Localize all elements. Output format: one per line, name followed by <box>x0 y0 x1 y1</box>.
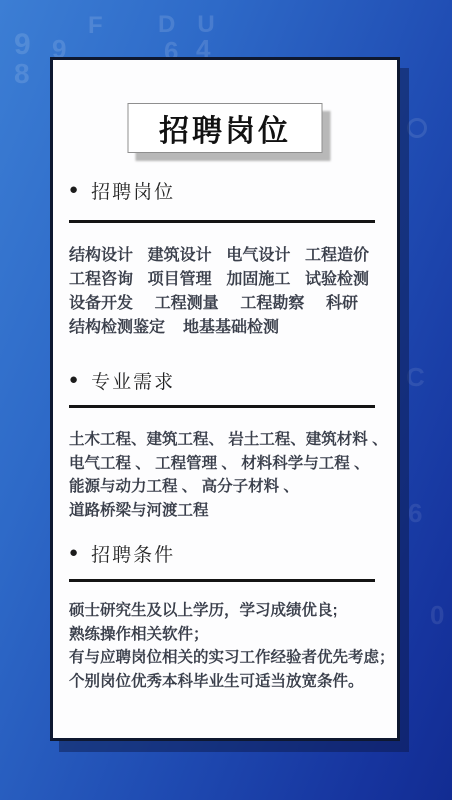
section-heading-label: 招聘岗位 <box>91 177 175 204</box>
position-item: 科研 <box>326 292 358 316</box>
positions-row: 结构设计 建筑设计 电气设计 工程造价 <box>69 244 369 268</box>
section-heading-requirements: ● 招聘条件 <box>69 541 175 565</box>
position-item: 加固施工 <box>226 268 290 292</box>
card-title: 招聘岗位 <box>159 106 291 150</box>
card-title-box: 招聘岗位 <box>128 103 323 153</box>
positions-list: 结构设计 建筑设计 电气设计 工程造价 工程咨询 项目管理 加固施工 试验检测 … <box>69 244 369 340</box>
section-heading-label: 招聘条件 <box>91 540 175 567</box>
position-item: 工程咨询 <box>69 268 133 292</box>
position-item: 工程造价 <box>305 244 369 268</box>
position-item: 电气设计 <box>226 244 290 268</box>
page-background: F DU 9 9 6 4 8 C 6 0 招聘岗位 ● 招聘岗位 结构设计 建筑… <box>0 0 452 800</box>
requirement-line: 有与应聘岗位相关的实习工作经验者优先考虑； <box>69 646 395 670</box>
watermark-glyph: 6 <box>408 498 422 529</box>
watermark-glyph: F <box>88 12 105 40</box>
position-item: 建筑设计 <box>148 244 212 268</box>
positions-row: 结构检测鉴定 地基基础检测 <box>69 316 369 340</box>
requirement-line: 硕士研究生及以上学历，学习成绩优良; <box>69 599 395 623</box>
position-item: 结构设计 <box>69 244 133 268</box>
major-line: 电气工程 、 工程管理 、 材料科学与工程 、 <box>69 452 388 476</box>
position-item: 设备开发 <box>69 292 133 316</box>
requirement-line: 个别岗位优秀本科毕业生可适当放宽条件。 <box>69 670 395 694</box>
position-item: 试验检测 <box>305 268 369 292</box>
positions-row: 设备开发 工程测量 工程勘察 科研 <box>69 292 358 316</box>
position-item: 地基基础检测 <box>183 316 279 340</box>
major-line: 土木工程、建筑工程、 岩土工程、建筑材料 、 <box>69 428 388 452</box>
bullet-icon: ● <box>69 182 78 199</box>
major-line: 道路桥梁与河渡工程 <box>69 499 388 523</box>
section-divider <box>69 579 375 582</box>
section-divider <box>69 220 375 223</box>
position-item: 结构检测鉴定 <box>69 316 165 340</box>
major-line: 能源与动力工程 、 高分子材料 、 <box>69 475 388 499</box>
section-heading-majors: ● 专业需求 <box>69 368 175 392</box>
requirement-line: 熟练操作相关软件； <box>69 623 395 647</box>
positions-row: 工程咨询 项目管理 加固施工 试验检测 <box>69 268 369 292</box>
section-divider <box>69 405 375 408</box>
watermark-glyph: 9 <box>14 28 31 62</box>
bullet-icon: ● <box>69 372 78 389</box>
watermark-ring-icon <box>407 118 427 138</box>
position-item: 项目管理 <box>148 268 212 292</box>
section-heading-positions: ● 招聘岗位 <box>69 178 175 202</box>
majors-list: 土木工程、建筑工程、 岩土工程、建筑材料 、 电气工程 、 工程管理 、 材料科… <box>69 428 388 522</box>
watermark-glyph: DU <box>158 11 237 39</box>
watermark-glyph: C <box>406 362 425 393</box>
position-item: 工程测量 <box>155 292 219 316</box>
section-heading-label: 专业需求 <box>91 367 175 394</box>
requirements-list: 硕士研究生及以上学历，学习成绩优良; 熟练操作相关软件； 有与应聘岗位相关的实习… <box>69 599 395 693</box>
watermark-glyph: 0 <box>430 600 444 631</box>
watermark-glyph: 8 <box>14 58 30 90</box>
bullet-icon: ● <box>69 545 78 562</box>
recruitment-card: 招聘岗位 ● 招聘岗位 结构设计 建筑设计 电气设计 工程造价 工程咨询 项目管… <box>50 57 400 741</box>
position-item: 工程勘察 <box>240 292 304 316</box>
